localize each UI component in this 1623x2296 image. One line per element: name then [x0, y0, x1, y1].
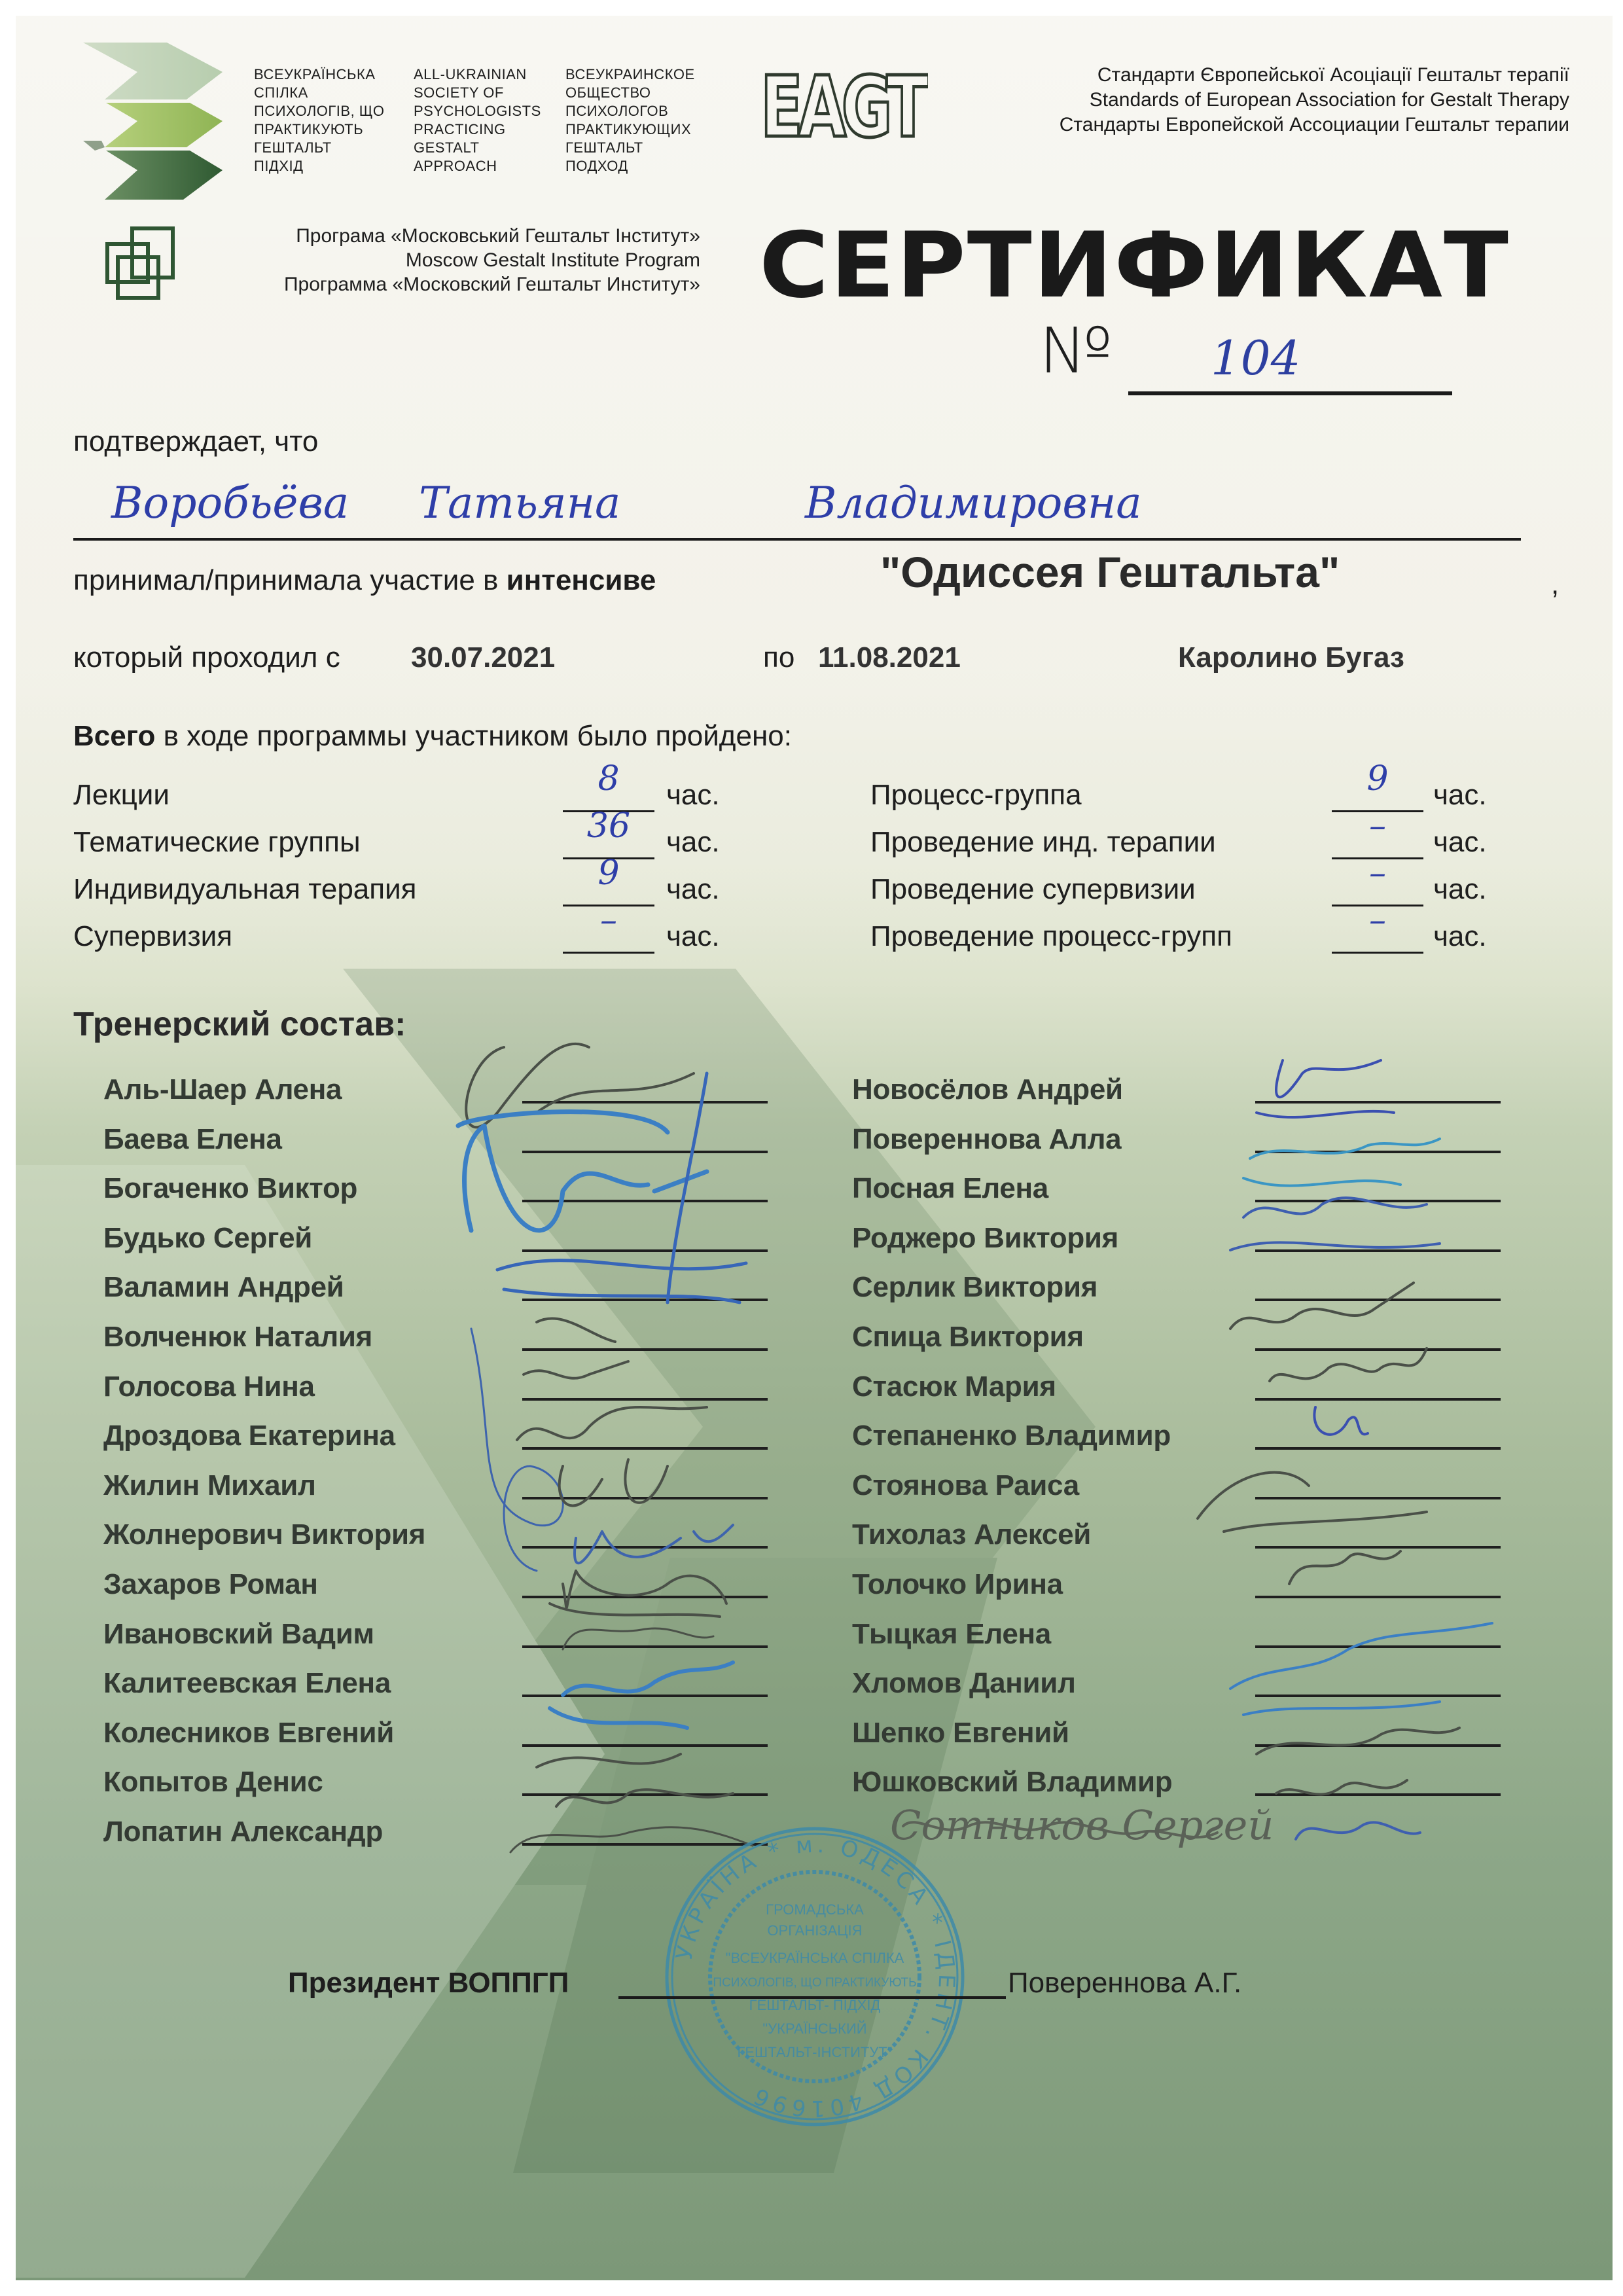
trainer-name: Копытов Денис: [103, 1766, 323, 1799]
trainer-signature-line: [1255, 1695, 1501, 1697]
trainer-name: Будько Сергей: [103, 1222, 312, 1255]
eagt-standards: Стандарти Європейської Асоціації Гешталь…: [1060, 63, 1569, 137]
trainer-name: Голосова Нина: [103, 1371, 315, 1403]
trainer-signature-line: [522, 1348, 768, 1351]
program-en: Moscow Gestalt Institute Program: [183, 248, 700, 272]
hours-label: Индивидуальная терапия: [73, 873, 417, 906]
org-ua-line: Практикують: [254, 120, 385, 139]
location: Каролино Бугаз: [1178, 641, 1404, 674]
hours-label: Проведение процесс-групп: [870, 920, 1232, 953]
trainer-name: Серлик Виктория: [852, 1271, 1097, 1304]
trainer-name: Жилин Михаил: [103, 1469, 316, 1502]
svg-text:ГЕШТАЛЬТ-ІНСТИТУТ": ГЕШТАЛЬТ-ІНСТИТУТ": [737, 2044, 892, 2060]
trainer-name: Шепко Евгений: [852, 1717, 1069, 1749]
org-en-line: Approach: [414, 157, 541, 175]
org-ru-line: Практикующих: [565, 120, 695, 139]
trainer-signature-line: [1255, 1348, 1501, 1351]
recipient-patronymic: Владимировна: [805, 478, 1142, 528]
hours-underline: [1332, 952, 1423, 954]
event-comma: ,: [1551, 568, 1559, 601]
hours-label: Процесс-группа: [870, 779, 1082, 812]
svg-text:ГЕШТАЛЬТ- ПІДХІД: ГЕШТАЛЬТ- ПІДХІД: [749, 1997, 881, 2013]
trainer-signature-line: [522, 1695, 768, 1697]
trainer-signature-line: [522, 1497, 768, 1499]
trainer-signature-line: [522, 1596, 768, 1598]
hours-value: –: [1332, 901, 1423, 940]
svg-text:"ВСЕУКРАЇНСЬКА СПІЛКА: "ВСЕУКРАЇНСЬКА СПІЛКА: [726, 1950, 904, 1966]
org-ua-line: Всеукраїнська: [254, 65, 385, 84]
trainer-signature-line: [1255, 1447, 1501, 1450]
program-ua: Програма «Московський Гештальт Інститут»: [183, 224, 700, 248]
org-ru-line: Подход: [565, 157, 695, 175]
recipient-surname: Воробьёва: [111, 478, 349, 528]
hours-value: 36: [563, 806, 654, 846]
trainer-signature-line: [1255, 1249, 1501, 1252]
trainer-name: Степаненко Владимир: [852, 1420, 1171, 1452]
hours-label: Тематические группы: [73, 826, 361, 859]
standards-ru: Стандарты Европейской Ассоциации Гешталь…: [1060, 113, 1569, 137]
trainer-name: Толочко Ирина: [852, 1568, 1063, 1601]
event-type: интенсиве: [507, 564, 656, 596]
trainer-signature-line: [1255, 1398, 1501, 1401]
org-ua-line: Спілка: [254, 84, 385, 102]
trainer-name: Дроздова Екатерина: [103, 1420, 395, 1452]
org-name-ru: Всеукраинское Общество Психологов Практи…: [565, 65, 695, 175]
trainer-signature-line: [522, 1398, 768, 1401]
hours-unit: час.: [666, 873, 720, 906]
trainer-name: Колесников Евгений: [103, 1717, 394, 1749]
trainer-name: Посная Елена: [852, 1172, 1048, 1205]
hours-intro: Всего в ходе программы участником было п…: [73, 720, 792, 753]
trainer-signature-line: [522, 1447, 768, 1450]
held-label: который проходил с: [73, 641, 340, 674]
org-name-en: All-Ukrainian Society of Psychologists P…: [414, 65, 541, 175]
org-ua-line: Підхід: [254, 157, 385, 175]
president-name: Повереннова А.Г.: [1008, 1967, 1241, 2000]
date-to: 11.08.2021: [818, 641, 961, 674]
trainer-signature-line: [1255, 1299, 1501, 1301]
trainer-name: Захаров Роман: [103, 1568, 318, 1601]
hours-unit: час.: [1433, 920, 1487, 953]
trainer-signature-line: [522, 1744, 768, 1747]
hours-unit: час.: [666, 826, 720, 859]
trainer-name: Ивановский Вадим: [103, 1618, 374, 1651]
number-underline: [1128, 391, 1452, 395]
trainer-name: Волченюк Наталия: [103, 1321, 372, 1354]
trainer-name: Новосёлов Андрей: [852, 1073, 1123, 1106]
hours-intro-rest: в ходе программы участником было пройден…: [155, 720, 792, 752]
hours-label: Лекции: [73, 779, 169, 812]
to-label: по: [763, 641, 794, 674]
org-en-line: Society of: [414, 84, 541, 102]
event-name: "Одиссея Гештальта": [880, 547, 1340, 597]
org-ru-line: Гештальт: [565, 139, 695, 157]
hours-label: Супервизия: [73, 920, 232, 953]
trainer-name: Богаченко Виктор: [103, 1172, 357, 1205]
trainer-name: Аль-Шаер Алена: [103, 1073, 342, 1106]
trainer-name: Жолнерович Виктория: [103, 1518, 425, 1551]
president-signature-line: [618, 1996, 1006, 1999]
hours-unit: час.: [1433, 779, 1487, 812]
trainer-signature-line: [1255, 1101, 1501, 1103]
trainer-signature-line: [522, 1645, 768, 1648]
certificate-number: 104: [1211, 331, 1300, 386]
trainer-signature-line: [1255, 1497, 1501, 1499]
svg-text:"УКРАЇНСЬКИЙ: "УКРАЇНСЬКИЙ: [762, 2020, 866, 2037]
org-ru-line: Общество: [565, 84, 695, 102]
org-ua-line: Гештальт: [254, 139, 385, 157]
org-name-ua: Всеукраїнська Спілка Психологів, що Прак…: [254, 65, 385, 175]
trainer-signature-line: [522, 1101, 768, 1103]
vsppgp-logo-icon: [82, 39, 232, 203]
trainer-signature-line: [522, 1793, 768, 1796]
hours-unit: час.: [1433, 826, 1487, 859]
certificate-title: СЕРТИФИКАТ: [759, 213, 1510, 318]
trainer-signature-line: [522, 1151, 768, 1153]
president-label: Президент ВОППГП: [288, 1967, 569, 2000]
trainer-signature-line: [1255, 1546, 1501, 1549]
hours-unit: час.: [666, 779, 720, 812]
trainer-signature-line: [1255, 1151, 1501, 1153]
org-en-line: Gestalt: [414, 139, 541, 157]
org-en-line: Practicing: [414, 120, 541, 139]
recipient-name: Татьяна: [419, 478, 620, 528]
trainer-signature-line: [1255, 1744, 1501, 1747]
trainers-heading: Тренерский состав:: [73, 1005, 406, 1044]
trainer-signature-line: [1255, 1596, 1501, 1598]
hours-value: 8: [563, 759, 654, 798]
trainer-signature-line: [1255, 1793, 1501, 1796]
hours-value: –: [1332, 806, 1423, 846]
hours-value: 9: [1332, 759, 1423, 798]
org-en-line: Psychologists: [414, 102, 541, 120]
trainer-name: Калитеевская Елена: [103, 1667, 391, 1700]
trainer-name: Роджеро Виктория: [852, 1222, 1118, 1255]
hours-intro-bold: Всего: [73, 720, 155, 752]
org-ru-line: Всеукраинское: [565, 65, 695, 84]
trainer-name: Тыцкая Елена: [852, 1618, 1051, 1651]
trainer-name: Хломов Даниил: [852, 1667, 1076, 1700]
trainer-signature-line: [522, 1249, 768, 1252]
org-ua-line: Психологів, що: [254, 102, 385, 120]
svg-text:EAGT: EAGT: [760, 65, 928, 144]
eagt-logo-icon: EAGT: [758, 65, 928, 144]
trainer-name: Юшковский Владимир: [852, 1766, 1172, 1799]
trainer-name: Спица Виктория: [852, 1321, 1084, 1354]
confirms-text: подтверждает, что: [73, 425, 318, 458]
trainer-signature-line: [522, 1299, 768, 1301]
trainer-name: Повереннова Алла: [852, 1123, 1121, 1156]
trainer-signature-line: [1255, 1645, 1501, 1648]
trainer-signature-line: [522, 1200, 768, 1202]
mgi-program: Програма «Московський Гештальт Інститут»…: [183, 224, 700, 296]
hours-label: Проведение инд. терапии: [870, 826, 1216, 859]
standards-ua: Стандарти Європейської Асоціації Гешталь…: [1060, 63, 1569, 88]
standards-en: Standards of European Association for Ge…: [1060, 88, 1569, 113]
org-en-line: All-Ukrainian: [414, 65, 541, 84]
trainer-signature-line: [522, 1546, 768, 1549]
svg-text:ПСИХОЛОГІВ, ЩО ПРАКТИКУЮТЬ: ПСИХОЛОГІВ, ЩО ПРАКТИКУЮТЬ: [713, 1976, 916, 1990]
org-ru-line: Психологов: [565, 102, 695, 120]
hours-value: –: [563, 901, 654, 940]
date-from: 30.07.2021: [411, 641, 555, 674]
trainer-name: Стоянова Раиса: [852, 1469, 1079, 1502]
hours-value: 9: [563, 853, 654, 893]
official-stamp: УКРАЇНА * м. ОДЕСА * ІДЕНТ. КОД 401696 Г…: [661, 1823, 969, 2130]
mgi-logo-icon: [105, 226, 177, 301]
hours-unit: час.: [1433, 873, 1487, 906]
trainer-name: Валамин Андрей: [103, 1271, 344, 1304]
trainer-signature-line: [1255, 1200, 1501, 1202]
trainer-name: Лопатин Александр: [103, 1816, 383, 1848]
number-sign: №: [1039, 314, 1113, 387]
trainer-name: Стасюк Мария: [852, 1371, 1056, 1403]
participation-line: принимал/принимала участие в интенсиве: [73, 564, 656, 597]
svg-text:ГРОМАДСЬКА: ГРОМАДСЬКА: [766, 1901, 864, 1918]
hours-value: –: [1332, 853, 1423, 893]
trainer-name: Баева Елена: [103, 1123, 282, 1156]
recipient-underline: [73, 538, 1521, 541]
hours-label: Проведение супервизии: [870, 873, 1196, 906]
trainer-name: Тихолаз Алексей: [852, 1518, 1091, 1551]
hours-underline: [563, 952, 654, 954]
hours-unit: час.: [666, 920, 720, 953]
program-ru: Программа «Московский Гештальт Институт»: [183, 272, 700, 296]
participation-prefix: принимал/принимала участие в: [73, 564, 498, 596]
svg-text:ОРГАНІЗАЦІЯ: ОРГАНІЗАЦІЯ: [767, 1922, 862, 1939]
